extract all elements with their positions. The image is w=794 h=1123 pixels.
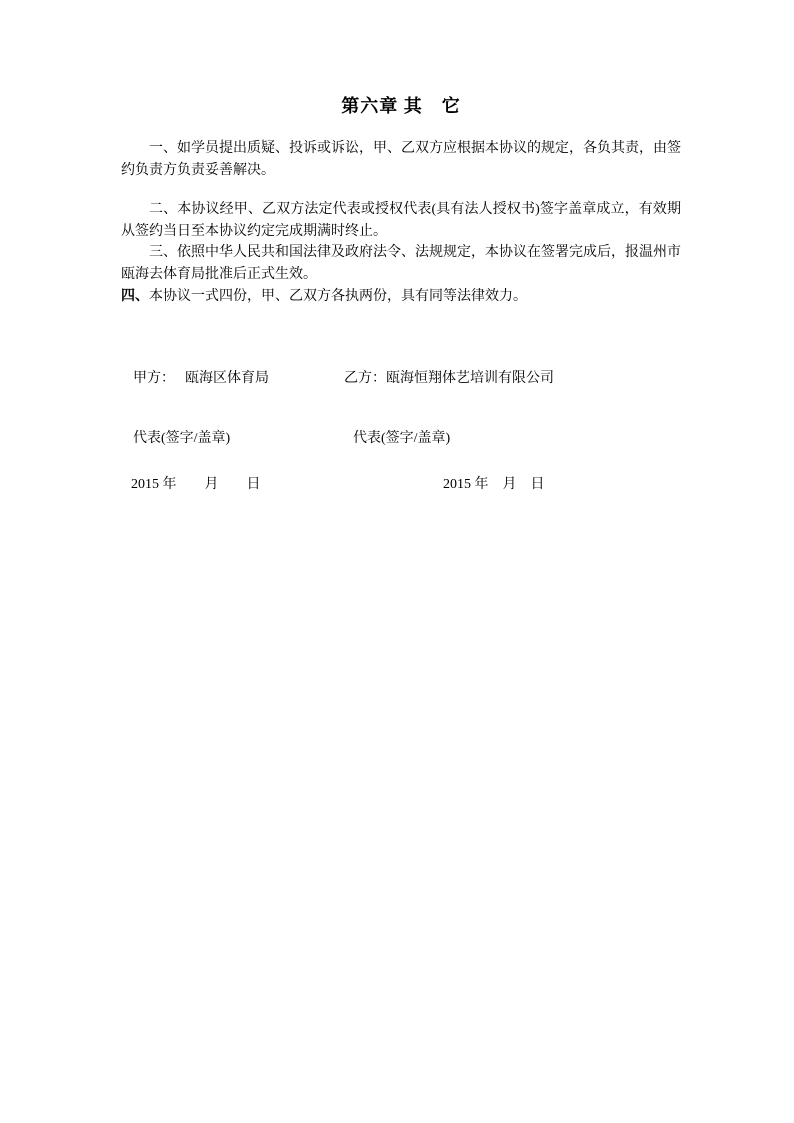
date-line-right: 2015 年 月 日 [443, 475, 545, 495]
party-a-name: 瓯海区体育局 [185, 369, 269, 389]
representative-signature-right: 代表(签字/盖章) [353, 429, 450, 449]
paragraph-3: 三、依照中华人民共和国法律及政府法令、法规规定，本协议在签署完成后，报温州市瓯海… [121, 242, 681, 285]
party-b-label-and-name: 乙方：瓯海恒翔体艺培训有限公司 [344, 369, 554, 389]
paragraph-4: 四、本协议一式四份，甲、乙双方各执两份，具有同等法律效力。 [121, 286, 681, 308]
paragraph-4-text: 本协议一式四份，甲、乙双方各执两份，具有同等法律效力。 [149, 289, 527, 304]
paragraph-1-text: 一、如学员提出质疑、投诉或诉讼，甲、乙双方应根据本协议的规定，各负其责，由签约负… [121, 141, 681, 178]
representative-signature-left: 代表(签字/盖章) [133, 429, 230, 449]
paragraph-3-text: 三、依照中华人民共和国法律及政府法令、法规规定，本协议在签署完成后，报温州市瓯海… [121, 245, 681, 282]
chapter-title: 第六章 其 它 [121, 95, 681, 117]
paragraph-4-prefix: 四、 [121, 289, 149, 304]
paragraph-2: 二、本协议经甲、乙双方法定代表或授权代表(具有法人授权书)签字盖章成立，有效期从… [121, 199, 681, 242]
paragraph-2-text: 二、本协议经甲、乙双方法定代表或授权代表(具有法人授权书)签字盖章成立，有效期从… [121, 202, 681, 239]
date-line-left: 2015 年 月 日 [131, 475, 261, 495]
paragraph-1: 一、如学员提出质疑、投诉或诉讼，甲、乙双方应根据本协议的规定，各负其责，由签约负… [121, 138, 681, 181]
document-page: 第六章 其 它 一、如学员提出质疑、投诉或诉讼，甲、乙双方应根据本协议的规定，各… [0, 0, 794, 1123]
paragraph-group-2: 二、本协议经甲、乙双方法定代表或授权代表(具有法人授权书)签字盖章成立，有效期从… [121, 199, 681, 308]
paragraph-group-1: 一、如学员提出质疑、投诉或诉讼，甲、乙双方应根据本协议的规定，各负其责，由签约负… [121, 138, 681, 181]
party-a-label: 甲方： [133, 369, 175, 389]
